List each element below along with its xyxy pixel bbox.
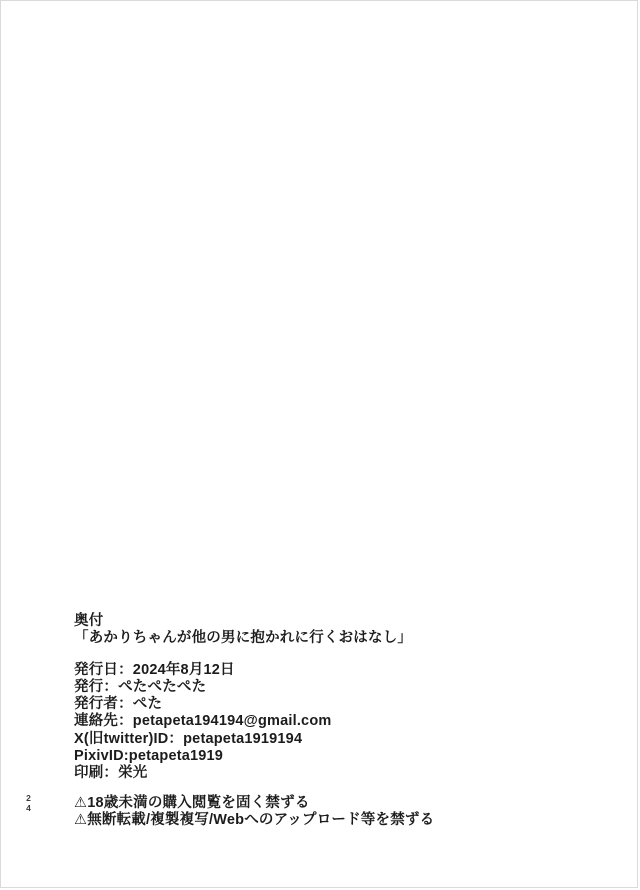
warnings: ⚠18歳未満の購入閲覧を固く禁ずる ⚠無断転載/複製複写/Webへのアップロード… (74, 795, 594, 830)
contact-email-line: 連絡先：petapeta194194@gmail.com (74, 713, 594, 730)
printer-line: 印刷：栄光 (74, 765, 594, 782)
warning-triangle-icon: ⚠ (74, 795, 87, 811)
publication-details: 発行日：2024年8月12日 発行：ぺたぺたぺた 発行者：ぺた 連絡先：peta… (74, 662, 594, 783)
colophon-page: 奥付 「あかりちゃんが他の男に抱かれに行くおはなし」 発行日：2024年8月12… (0, 0, 638, 888)
warning-triangle-icon: ⚠ (74, 812, 87, 828)
age-restriction-warning-text: 18歳未満の購入閲覧を固く禁ずる (87, 795, 309, 811)
no-reproduction-warning-text: 無断転載/複製複写/Webへのアップロード等を禁ずる (87, 812, 434, 828)
page-number: 24 (25, 794, 32, 813)
pixiv-id-line: PixivID:petapeta1919 (74, 748, 594, 765)
book-title: 「あかりちゃんが他の男に抱かれに行くおはなし」 (74, 630, 594, 647)
colophon-text-block: 奥付 「あかりちゃんが他の男に抱かれに行くおはなし」 発行日：2024年8月12… (74, 613, 594, 829)
age-restriction-warning: ⚠18歳未満の購入閲覧を固く禁ずる (74, 795, 594, 812)
colophon-section-label: 奥付 (74, 613, 594, 630)
publisher-line: 発行：ぺたぺたぺた (74, 679, 594, 696)
no-reproduction-warning: ⚠無断転載/複製複写/Webへのアップロード等を禁ずる (74, 812, 594, 829)
issuer-line: 発行者：ぺた (74, 696, 594, 713)
publication-date-line: 発行日：2024年8月12日 (74, 662, 594, 679)
twitter-id-line: X(旧twitter)ID：petapeta1919194 (74, 731, 594, 748)
